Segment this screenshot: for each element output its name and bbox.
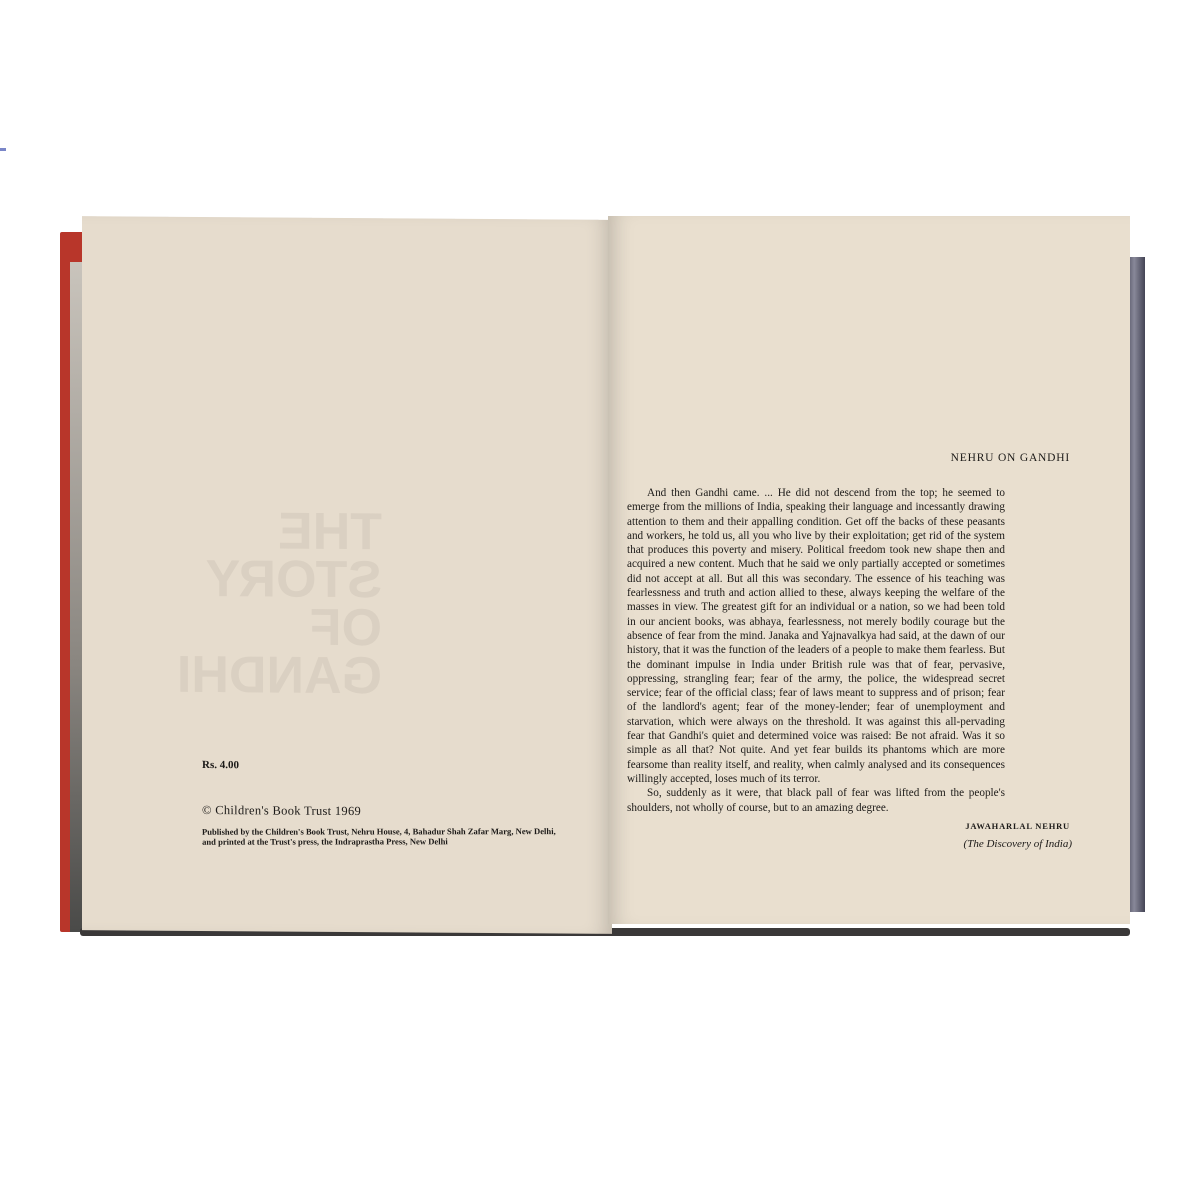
author-signature: JAWAHARLAL NEHRU <box>965 821 1070 831</box>
page-heading: NEHRU ON GANDHI <box>951 452 1070 464</box>
publisher-line: and printed at the Trust's press, the In… <box>202 836 602 847</box>
paragraph: So, suddenly as it were, that black pall… <box>627 786 1005 815</box>
stray-mark <box>0 148 6 151</box>
copyright-notice: © Children's Book Trust 1969 <box>202 803 361 819</box>
price-label: Rs. 4.00 <box>202 759 239 771</box>
source-citation: (The Discovery of India) <box>964 838 1072 850</box>
show-through-text: THESTORY OFGANDHI <box>152 507 382 629</box>
right-page: NEHRU ON GANDHI And then Gandhi came. ..… <box>608 216 1130 924</box>
open-book: THESTORY OFGANDHI Rs. 4.00 © Children's … <box>60 212 1145 934</box>
publisher-line: Published by the Children's Book Trust, … <box>202 826 602 837</box>
paragraph: And then Gandhi came. ... He did not des… <box>627 486 1005 786</box>
left-page: THESTORY OFGANDHI Rs. 4.00 © Children's … <box>82 216 612 934</box>
publisher-imprint: Published by the Children's Book Trust, … <box>202 826 602 847</box>
quote-body: And then Gandhi came. ... He did not des… <box>627 486 1005 815</box>
